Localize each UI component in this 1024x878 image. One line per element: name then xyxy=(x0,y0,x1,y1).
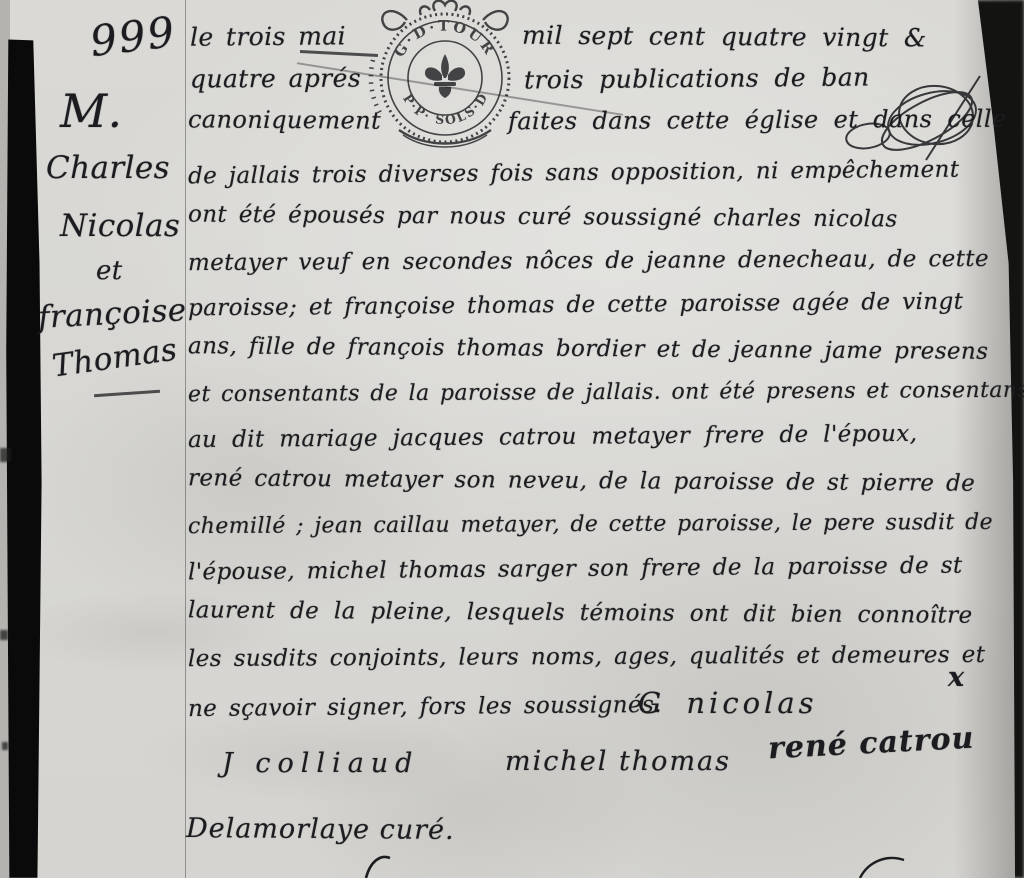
next-entry-stroke xyxy=(356,852,416,878)
next-entry-stroke xyxy=(856,850,926,878)
signature-witness-catrou: rené catrou xyxy=(767,721,975,767)
fiscal-stamp-tours: G·D·TOURS P·P· SOLS·D xyxy=(362,0,528,166)
body-line: chemillé ; jean caillau metayer, de cett… xyxy=(188,510,993,539)
signature-officiant: Delamorlaye curé. xyxy=(186,813,455,846)
edge-mark xyxy=(0,448,11,462)
body-opening-line-1-left: le trois mai xyxy=(190,21,346,51)
body-opening-line-3-right: faites dans cette église et dans celle xyxy=(508,105,1007,136)
body-line: les susdits conjoints, leurs noms, ages,… xyxy=(188,642,986,672)
margin-initial-m: M. xyxy=(60,84,123,138)
fleur-de-lis-icon xyxy=(425,54,465,98)
edge-mark xyxy=(0,630,8,640)
margin-underline-stroke xyxy=(94,390,160,398)
margin-rule-line xyxy=(185,0,186,878)
margin-name-charles: Charles xyxy=(46,150,170,186)
margin-name-francoise: françoise xyxy=(37,292,187,336)
body-line: de jallais trois diverses fois sans oppo… xyxy=(188,157,960,190)
body-line: metayer veuf en secondes nôces de jeanne… xyxy=(188,246,989,276)
signature-witness-colliaud: J colliaud xyxy=(222,748,419,779)
margin-name-nicolas: Nicolas xyxy=(60,208,180,244)
body-opening-line-3-left: canoniquement xyxy=(188,105,381,134)
witness-x-mark: x xyxy=(948,662,965,693)
margin-page-number: 999 xyxy=(87,7,179,66)
body-opening-line-2-right: trois publications de ban xyxy=(524,62,870,94)
signature-groom: G nicolas xyxy=(638,686,817,720)
body-line: paroisse; et françoise thomas de cette p… xyxy=(188,289,964,322)
signature-witness-thomas: michel thomas xyxy=(505,746,731,777)
body-line: au dit mariage jacques catrou metayer fr… xyxy=(188,421,918,453)
margin-name-et: et xyxy=(96,256,123,286)
scanned-parish-register-page: 999 M. Charles Nicolas et françoise Thom… xyxy=(0,0,1024,878)
body-line: rené catrou metayer son neveu, de la par… xyxy=(188,465,975,496)
body-line: ans, fille de françois thomas bordier et… xyxy=(188,333,989,365)
body-line: l'épouse, michel thomas sarger son frere… xyxy=(188,553,963,586)
body-line: ont été épousés par nous curé soussigné … xyxy=(188,202,898,233)
margin-name-thomas: Thomas xyxy=(50,331,179,384)
body-closing-line: ne sçavoir signer, fors les soussignés. xyxy=(188,692,662,722)
edge-mark xyxy=(2,742,8,750)
body-line: et consentants de la paroisse de jallais… xyxy=(188,378,1024,407)
body-line: laurent de la pleine, lesquels témoins o… xyxy=(188,597,973,628)
body-opening-line-1-right: mil sept cent quatre vingt & xyxy=(522,21,927,53)
